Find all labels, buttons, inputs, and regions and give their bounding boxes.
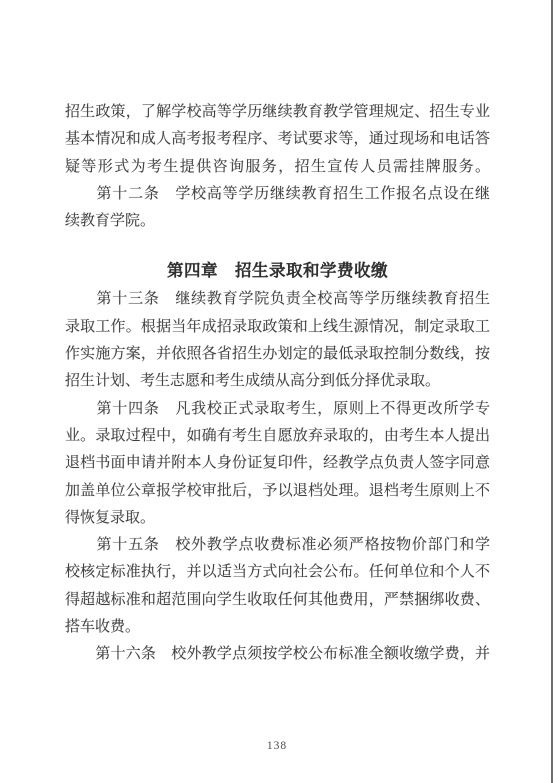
text-line: 加盖单位公章报学校审批后，予以退档处理。退档考生原则上不 xyxy=(65,478,490,505)
text-line: 业。录取过程中，如确有考生自愿放弃录取的，由考生本人提出 xyxy=(65,423,490,450)
text-line: 招生计划、考生志愿和考生成绩从高分到低分择优录取。 xyxy=(65,368,490,395)
text-line: 招生政策，了解学校高等学历继续教育教学管理规定、招生专业 xyxy=(65,99,490,126)
document-text-block: 招生政策，了解学校高等学历继续教育教学管理规定、招生专业 基本情况和成人高考报考… xyxy=(65,99,490,669)
document-page: 招生政策，了解学校高等学历继续教育教学管理规定、招生专业 基本情况和成人高考报考… xyxy=(0,0,554,783)
text-line: 得超越标准和超范围向学生收取任何其他费用，严禁捆绑收费、 xyxy=(65,587,490,614)
chapter-heading: 第四章 招生录取和学费收缴 xyxy=(65,257,490,285)
text-line: 基本情况和成人高考报考程序、考试要求等，通过现场和电话答 xyxy=(65,126,490,153)
text-line: 搭车收费。 xyxy=(65,614,490,641)
text-line: 续教育学院。 xyxy=(65,208,490,235)
page-number: 138 xyxy=(0,740,554,752)
text-line: 第十三条 继续教育学院负责全校高等学历继续教育招生 xyxy=(65,286,490,313)
text-line: 第十四条 凡我校正式录取考生，原则上不得更改所学专 xyxy=(65,396,490,423)
text-line: 第十五条 校外教学点收费标准必须严格按物价部门和学 xyxy=(65,532,490,559)
text-line: 第十二条 学校高等学历继续教育招生工作报名点设在继 xyxy=(65,181,490,208)
scan-edge-line xyxy=(551,0,553,783)
text-line: 退档书面申请并附本人身份证复印件，经教学点负责人签字同意 xyxy=(65,450,490,477)
text-line: 作实施方案，并依照各省招生办划定的最低录取控制分数线，按 xyxy=(65,341,490,368)
text-line: 第十六条 校外教学点须按学校公布标准全额收缴学费，并 xyxy=(65,641,490,668)
text-line: 得恢复录取。 xyxy=(65,505,490,532)
text-line: 录取工作。根据当年成招录取政策和上线生源情况，制定录取工 xyxy=(65,314,490,341)
text-line: 疑等形式为考生提供咨询服务，招生宣传人员需挂牌服务。 xyxy=(65,154,490,181)
text-line: 校核定标准执行，并以适当方式向社会公布。任何单位和个人不 xyxy=(65,559,490,586)
